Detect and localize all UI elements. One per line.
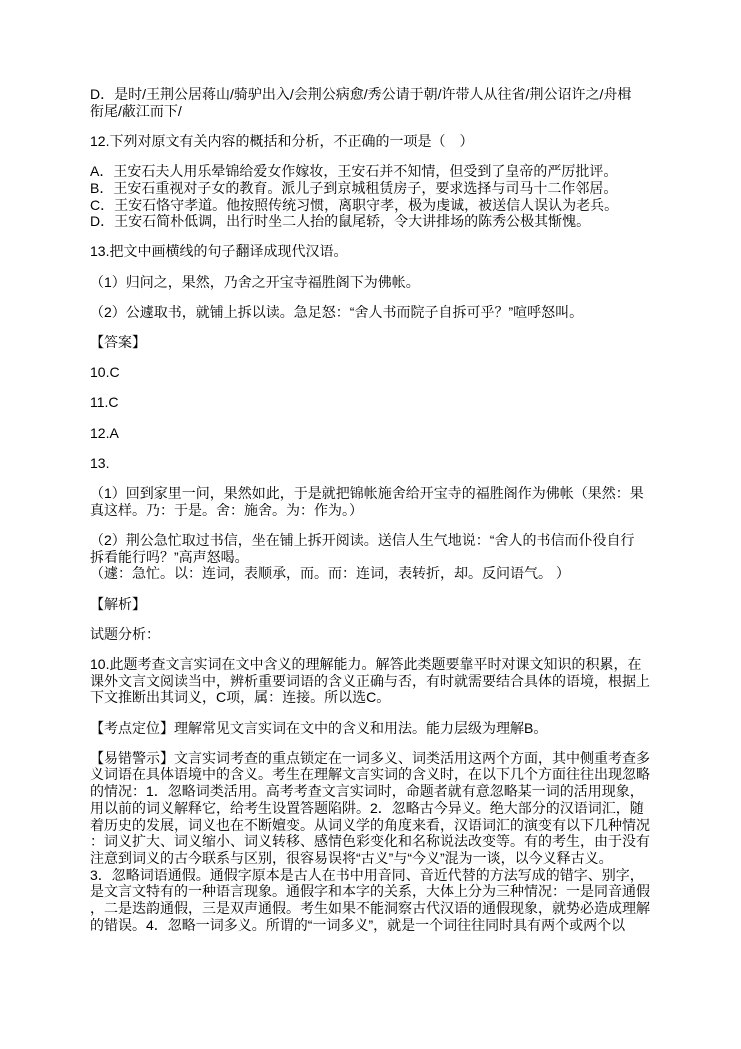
analysis-key-point: 【考点定位】理解常见文言实词在文中的含义和用法。能力层级为理解B。: [90, 720, 730, 737]
option-d-continued: D．是时/王荆公居蒋山/骑驴出入/会荆公病愈/秀公请于朝/许带人从往省/荆公诏许…: [90, 86, 730, 119]
question-12-stem: 12.下列对原文有关内容的概括和分析，不正确的一项是（ ）: [90, 133, 730, 150]
answer-13-part2: （2）荆公急忙取过书信，坐在铺上拆开阅读。送信人生气地说：“舍人的书信而仆役自行…: [90, 532, 730, 582]
question-13-sentence-2: （2）公遽取书，就铺上拆以读。急足怒：“舍人书而院子自拆可乎？”喧呼怒叫。: [90, 304, 730, 321]
analysis-question-10: 10.此题考查文言实词在文中含义的理解能力。解答此类题要靠平时对课文知识的积累，…: [90, 656, 730, 706]
answer-11: 11.C: [90, 394, 730, 411]
analysis-heading: 【解析】: [90, 596, 730, 613]
answer-13-part1: （1）回到家里一问，果然如此，于是就把锦帐施舍给开宝寺的福胜阁作为佛帐（果然：果…: [90, 485, 730, 518]
question-12-options: A．王安石夫人用乐晕锦给爱女作嫁妆，王安石并不知情，但受到了皇帝的严厉批评。 B…: [90, 163, 730, 230]
answers-heading: 【答案】: [90, 334, 730, 351]
document-page: D．是时/王荆公居蒋山/骑驴出入/会荆公病愈/秀公请于朝/许带人从往省/荆公诏许…: [90, 86, 730, 947]
question-13-sentence-1: （1）归问之，果然，乃舍之开宝寺福胜阁下为佛帐。: [90, 274, 730, 291]
analysis-error-warning: 【易错警示】文言实词考查的重点锁定在一词多义、词类活用这两个方面，其中侧重考查多…: [90, 750, 730, 934]
question-13-stem: 13.把文中画横线的句子翻译成现代汉语。: [90, 243, 730, 260]
analysis-subheading: 试题分析：: [90, 626, 730, 643]
answer-10: 10.C: [90, 364, 730, 381]
answer-13-label: 13.: [90, 455, 730, 472]
answer-12: 12.A: [90, 425, 730, 442]
